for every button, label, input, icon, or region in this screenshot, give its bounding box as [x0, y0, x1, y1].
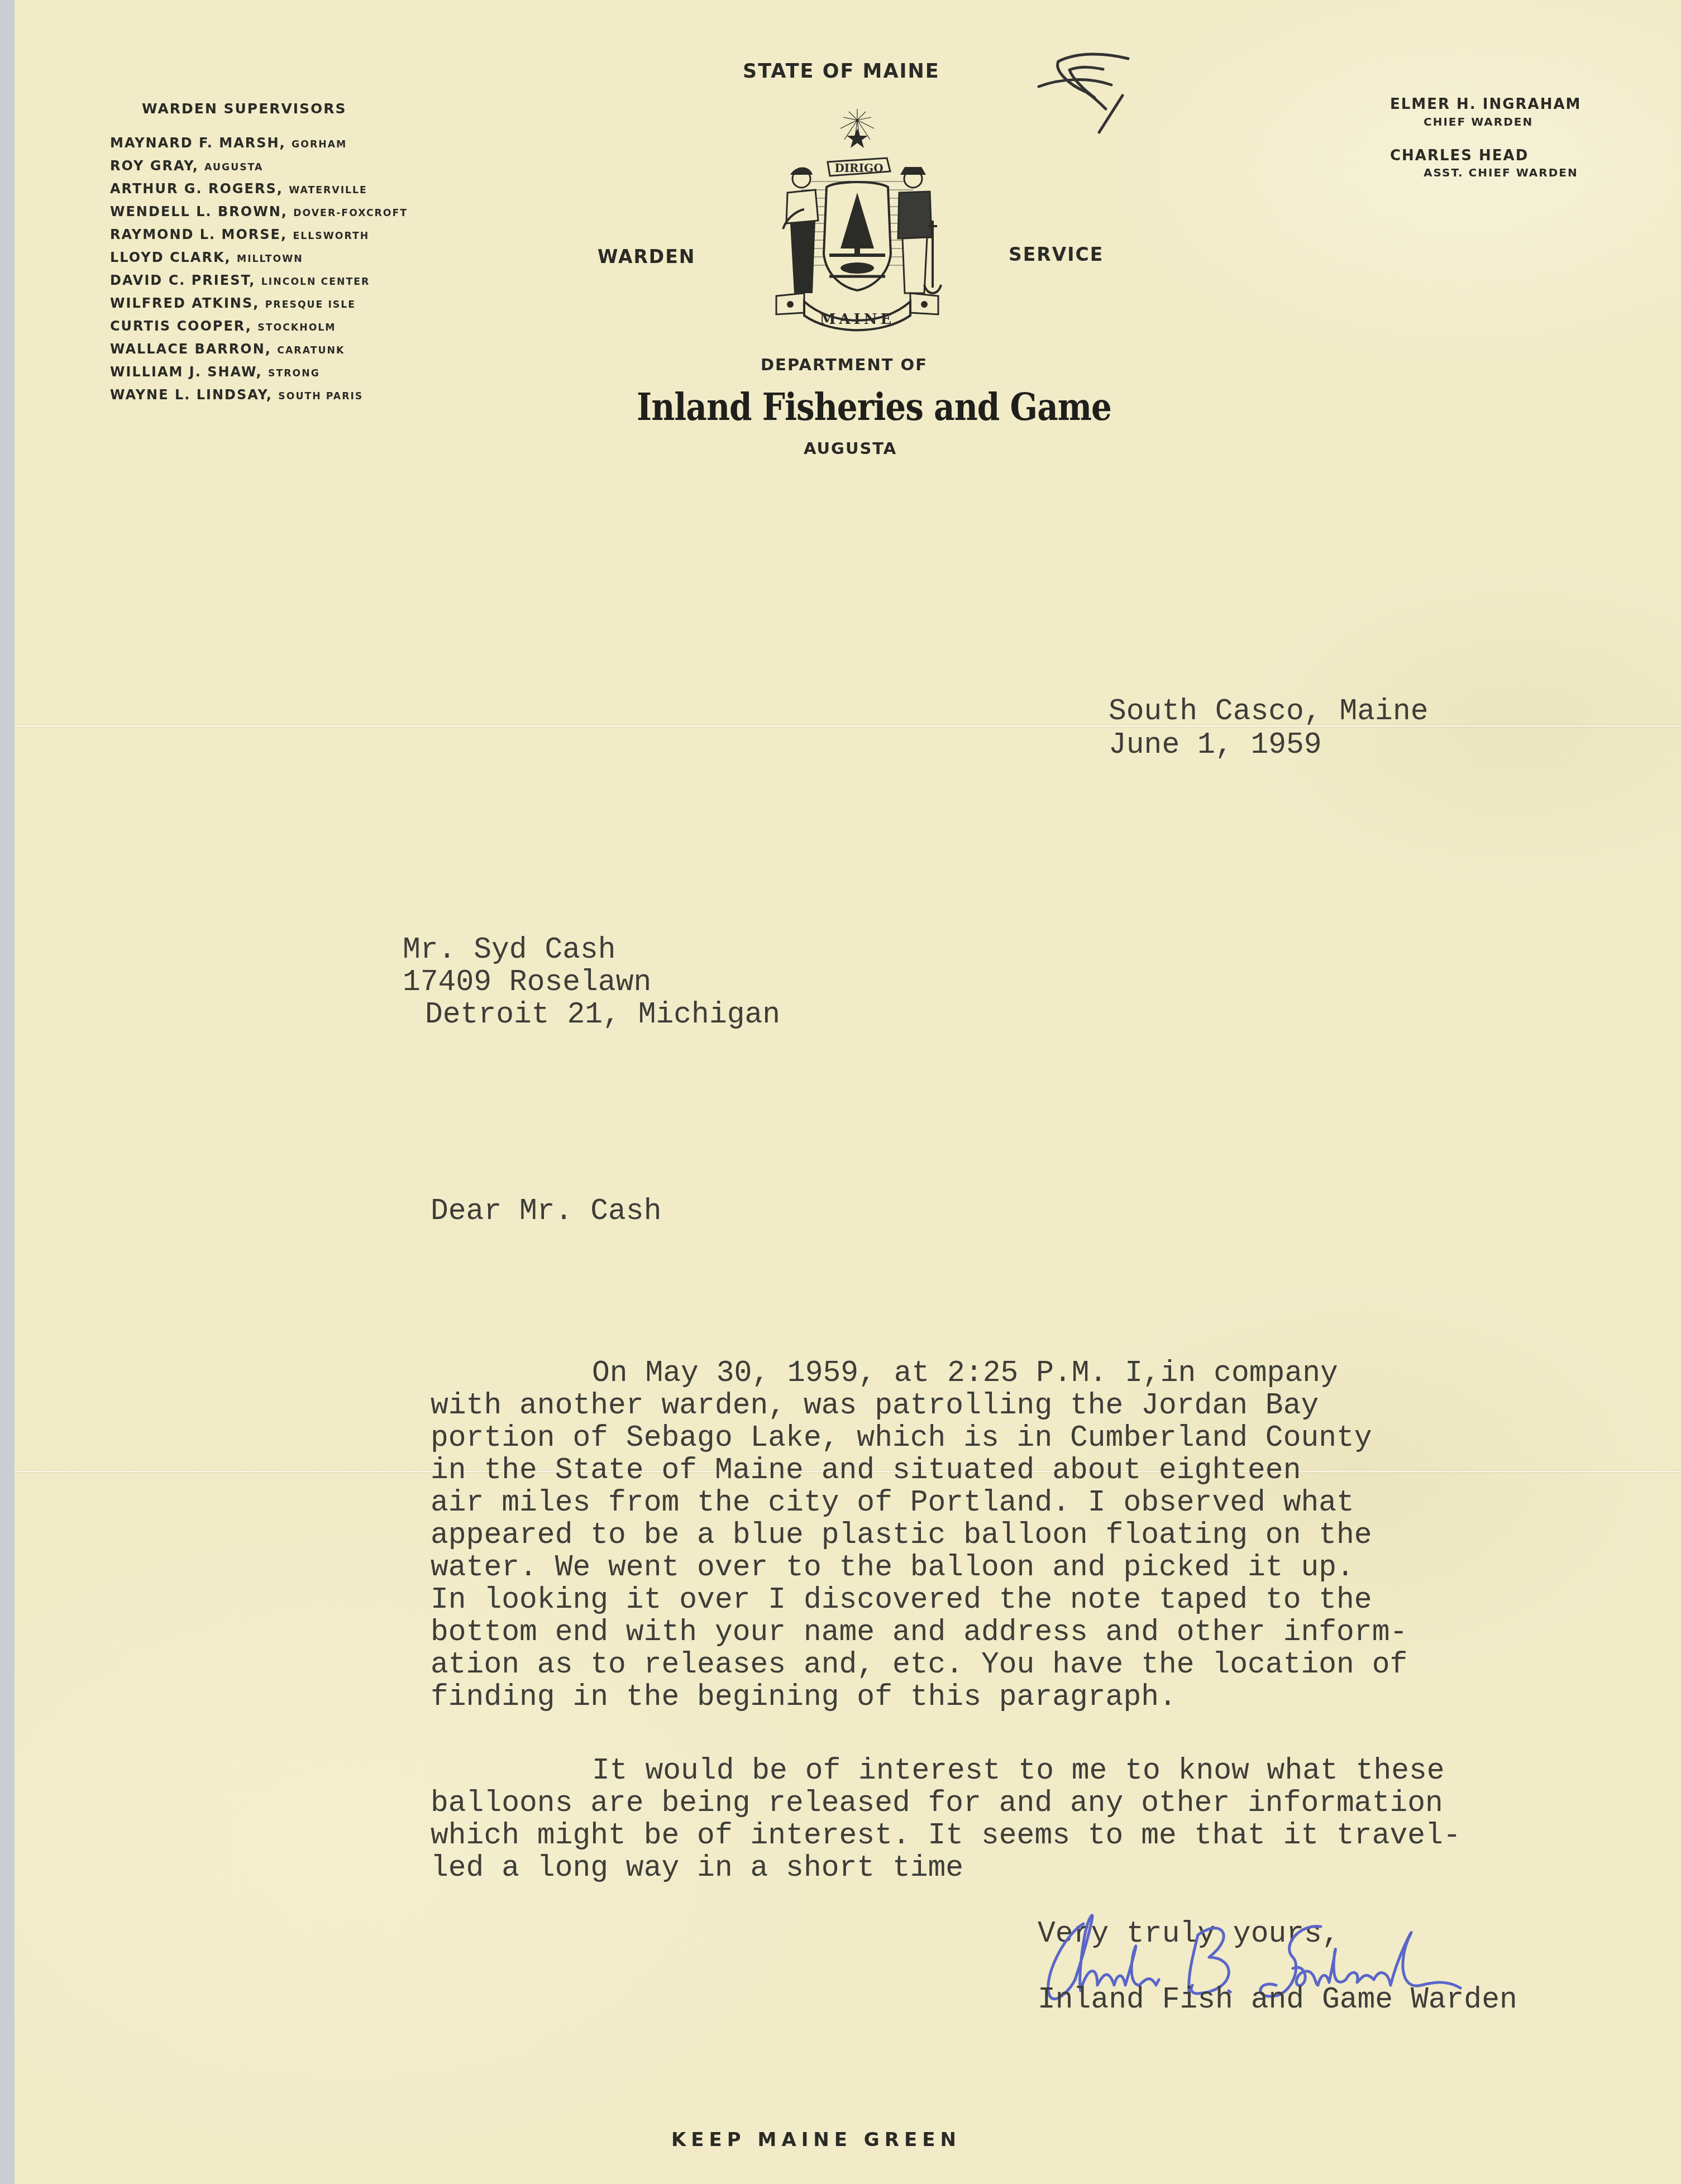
supervisor-town: DOVER-FOXCROFT	[293, 208, 408, 219]
supervisor-item: WENDELL L. BROWN, DOVER-FOXCROFT	[110, 204, 408, 219]
pencil-slash-icon	[1095, 92, 1128, 137]
recipient-city: Detroit 21, Michigan	[425, 998, 780, 1031]
body-line: finding in the begining of this paragrap…	[431, 1681, 1177, 1713]
supervisor-item: ROY GRAY, AUGUSTA	[110, 158, 263, 174]
body-line: appeared to be a blue plastic balloon fl…	[431, 1519, 1372, 1551]
warden-label: WARDEN	[598, 246, 695, 267]
city-label: AUGUSTA	[804, 439, 897, 458]
seal-motto: DIRIGO	[834, 161, 883, 175]
asst-chief-warden-name: CHARLES HEAD	[1390, 147, 1529, 164]
supervisor-name: LLOYD CLARK,	[110, 250, 231, 265]
signer-title: Inland Fish and Game Warden	[1038, 1984, 1517, 2016]
body-line: It would be of interest to me to know wh…	[592, 1755, 1445, 1787]
body-line: On May 30, 1959, at 2:25 P.M. I,in compa…	[592, 1357, 1338, 1389]
recipient-street: 17409 Roselawn	[403, 966, 651, 998]
supervisor-item: DAVID C. PRIEST, LINCOLN CENTER	[110, 273, 370, 288]
supervisor-item: WILFRED ATKINS, PRESQUE ISLE	[110, 295, 356, 311]
supervisor-item: WILLIAM J. SHAW, STRONG	[110, 364, 320, 380]
supervisor-town: MILLTOWN	[237, 254, 303, 265]
body-line: air miles from the city of Portland. I o…	[431, 1487, 1354, 1519]
supervisor-town: LINCOLN CENTER	[261, 276, 370, 288]
asst-chief-warden-title: ASST. CHIEF WARDEN	[1424, 166, 1578, 179]
supervisor-item: CURTIS COOPER, STOCKHOLM	[110, 318, 336, 334]
supervisor-town: PRESQUE ISLE	[265, 299, 356, 310]
pencil-mark-icon	[1028, 22, 1229, 145]
body-line: in the State of Maine and situated about…	[431, 1454, 1301, 1487]
maine-state-seal-icon: DIRIGO MAINE	[771, 109, 944, 332]
body-line: bottom end with your name and address an…	[431, 1616, 1407, 1648]
supervisor-name: WILFRED ATKINS,	[110, 295, 259, 311]
body-line: led a long way in a short time	[431, 1852, 963, 1884]
letter-place: South Casco, Maine	[1109, 695, 1429, 728]
supervisor-name: WILLIAM J. SHAW,	[110, 364, 262, 380]
supervisor-item: RAYMOND L. MORSE, ELLSWORTH	[110, 227, 369, 242]
supervisor-town: ELLSWORTH	[293, 231, 369, 242]
body-line: with another warden, was patrolling the …	[431, 1389, 1319, 1422]
supervisor-name: ROY GRAY,	[110, 158, 199, 174]
seal-banner: MAINE	[820, 311, 895, 328]
recipient-name: Mr. Syd Cash	[403, 934, 616, 966]
supervisor-name: ARTHUR G. ROGERS,	[110, 181, 283, 197]
supervisors-title: WARDEN SUPERVISORS	[142, 101, 347, 117]
state-title: STATE OF MAINE	[743, 60, 940, 83]
body-line: balloons are being released for and any …	[431, 1787, 1443, 1819]
body-line: portion of Sebago Lake, which is in Cumb…	[431, 1422, 1372, 1454]
supervisor-name: WENDELL L. BROWN,	[110, 204, 288, 219]
supervisor-item: LLOYD CLARK, MILLTOWN	[110, 250, 303, 265]
letter-date: June 1, 1959	[1109, 729, 1322, 761]
supervisor-town: AUGUSTA	[204, 162, 263, 173]
department-name: Inland Fisheries and Game	[637, 385, 1111, 429]
supervisor-item: WAYNE L. LINDSAY, SOUTH PARIS	[110, 387, 363, 403]
body-line: In looking it over I discovered the note…	[431, 1584, 1372, 1616]
chief-warden-name: ELMER H. INGRAHAM	[1390, 96, 1581, 113]
salutation: Dear Mr. Cash	[431, 1195, 661, 1227]
body-line: which might be of interest. It seems to …	[431, 1819, 1461, 1852]
supervisor-item: ARTHUR G. ROGERS, WATERVILLE	[110, 181, 367, 197]
body-line: ation as to releases and, etc. You have …	[431, 1648, 1407, 1681]
footer-slogan: KEEP MAINE GREEN	[671, 2129, 961, 2151]
department-of-label: DEPARTMENT OF	[761, 355, 928, 374]
chief-warden-title: CHIEF WARDEN	[1424, 115, 1533, 128]
supervisor-town: WATERVILLE	[289, 185, 367, 196]
supervisor-town: GORHAM	[292, 139, 347, 150]
supervisor-name: WAYNE L. LINDSAY,	[110, 387, 273, 403]
supervisor-name: DAVID C. PRIEST,	[110, 273, 255, 288]
supervisor-town: STRONG	[268, 368, 320, 379]
service-label: SERVICE	[1009, 243, 1104, 265]
supervisor-item: MAYNARD F. MARSH, GORHAM	[110, 135, 347, 151]
body-line: water. We went over to the balloon and p…	[431, 1551, 1354, 1584]
supervisor-name: WALLACE BARRON,	[110, 341, 271, 357]
fold-crease-upper	[15, 724, 1681, 728]
supervisor-town: STOCKHOLM	[257, 322, 336, 333]
supervisor-name: RAYMOND L. MORSE,	[110, 227, 287, 242]
supervisor-item: WALLACE BARRON, CARATUNK	[110, 341, 345, 357]
supervisor-name: MAYNARD F. MARSH,	[110, 135, 286, 151]
supervisor-name: CURTIS COOPER,	[110, 318, 252, 334]
supervisor-town: SOUTH PARIS	[278, 391, 363, 402]
supervisor-town: CARATUNK	[277, 345, 345, 356]
